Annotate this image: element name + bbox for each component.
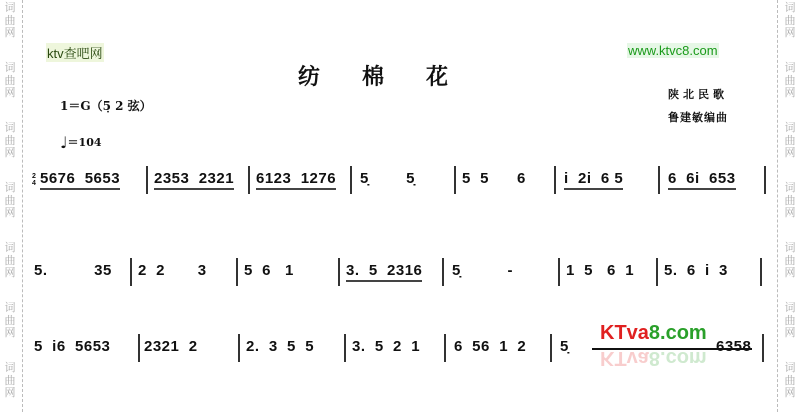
measure-notes: 5. 35 — [34, 262, 112, 280]
watermark-char: 网 — [1, 207, 19, 220]
watermark-char: 网 — [781, 27, 799, 40]
watermark-char: 词 — [781, 302, 799, 315]
watermark-char: 网 — [781, 207, 799, 220]
watermark-group: 词 曲 网 — [781, 62, 799, 100]
song-title: 纺棉花 — [298, 60, 490, 91]
barline — [338, 258, 340, 286]
logo-red-text: KTva — [600, 322, 649, 344]
measure-notes: 6 56 1 2 — [454, 338, 526, 356]
measure-notes: 2 2 3 — [138, 262, 207, 280]
watermark-char: 网 — [1, 27, 19, 40]
measure: 5̣ — [560, 338, 569, 362]
barline — [442, 258, 444, 286]
measure: 6358 — [716, 338, 751, 362]
strike-line — [592, 348, 752, 350]
watermark-group: 词 曲 网 — [1, 302, 19, 340]
measure: 2353 2321 — [154, 170, 234, 194]
barline — [454, 166, 456, 194]
measure: 5 6 1 — [244, 262, 294, 286]
measure-notes: 5̣ - — [452, 262, 513, 280]
barline — [236, 258, 238, 286]
watermark-char: 网 — [1, 327, 19, 340]
barline — [248, 166, 250, 194]
watermark-char: 词 — [781, 2, 799, 15]
key-signature: 1＝G（5̣ 2 弦） — [60, 97, 152, 114]
logo-green-text: 8.com — [649, 322, 707, 344]
measure-notes: 2321 2 — [144, 338, 198, 356]
measure-notes: 6358 — [716, 338, 751, 356]
score-line-1: 2 4 5676 5653 2353 2321 6123 1276 5̣ 5̣ … — [30, 158, 770, 198]
watermark-char: 网 — [781, 147, 799, 160]
measure: 5. 6 i 3 — [664, 262, 728, 286]
measure-notes: 3. 5 2316 — [346, 262, 422, 282]
song-arranger: 鲁建敏编曲 — [668, 109, 728, 125]
watermark-group: 词 曲 网 — [1, 2, 19, 40]
watermark-group: 词 曲 网 — [1, 362, 19, 400]
barline — [238, 334, 240, 362]
watermark-char: 网 — [781, 387, 799, 400]
logo-green-text: 8.com — [649, 347, 707, 369]
watermark-char: 网 — [1, 87, 19, 100]
barline — [350, 166, 352, 194]
barline — [762, 334, 764, 362]
measure: 2 2 3 — [138, 262, 207, 286]
measure: 5̣ 5̣ — [360, 170, 415, 194]
watermark-char: 网 — [1, 267, 19, 280]
measure: 5 5 6 — [462, 170, 526, 194]
watermark-char: 词 — [781, 62, 799, 75]
watermark-group: 词 曲 网 — [781, 182, 799, 220]
watermark-char: 词 — [781, 122, 799, 135]
measure-notes: 2353 2321 — [154, 170, 234, 190]
watermark-group: 词 曲 网 — [781, 122, 799, 160]
measure-notes: 3. 5 2 1 — [352, 338, 420, 356]
barline — [344, 334, 346, 362]
watermark-char: 词 — [1, 362, 19, 375]
measure-notes: 2. 3 5 5 — [246, 338, 314, 356]
barline — [554, 166, 556, 194]
time-signature-bottom: 4 — [30, 180, 38, 187]
measure-notes: 5 5 6 — [462, 170, 526, 188]
measure: 5. 35 — [34, 262, 112, 286]
measure: 5̣ - — [452, 262, 513, 286]
time-signature: 2 4 — [30, 173, 38, 187]
measure: 6 56 1 2 — [454, 338, 526, 362]
measure: 5 i6 5653 — [34, 338, 110, 362]
tempo-value: ＝104 — [68, 136, 102, 149]
measure-notes: 1 5 6 1 — [566, 262, 634, 280]
site-watermark-left: ktv查吧网 — [46, 43, 104, 62]
watermark-group: 词 曲 网 — [781, 302, 799, 340]
barline — [550, 334, 552, 362]
watermark-group: 词 曲 网 — [781, 2, 799, 40]
barline — [130, 258, 132, 286]
site-watermark-right: www.ktvc8.com — [627, 43, 719, 58]
ktv-logo-watermark: KTva8.com — [600, 322, 707, 345]
barline — [760, 258, 762, 286]
watermark-char: 词 — [781, 242, 799, 255]
measure-notes: 6123 1276 — [256, 170, 336, 190]
barline — [658, 166, 660, 194]
measure: 3. 5 2 1 — [352, 338, 420, 362]
watermark-group: 词 曲 网 — [1, 62, 19, 100]
watermark-char: 词 — [1, 182, 19, 195]
quarter-note-icon: ♩ — [60, 133, 68, 152]
measure-notes: 5̣ — [560, 338, 569, 356]
measure: 6123 1276 — [256, 170, 336, 194]
barline — [764, 166, 766, 194]
watermark-char: 词 — [781, 362, 799, 375]
watermark-char: 网 — [781, 87, 799, 100]
measure-notes: i 2i 6 5 — [564, 170, 623, 190]
measure-notes: 5̣ 5̣ — [360, 170, 415, 188]
watermark-char: 词 — [1, 242, 19, 255]
measure: 3. 5 2316 — [346, 262, 422, 286]
watermark-char: 词 — [781, 182, 799, 195]
barline — [656, 258, 658, 286]
barline — [138, 334, 140, 362]
watermark-char: 网 — [1, 387, 19, 400]
song-origin: 陕北民歌 — [668, 86, 728, 102]
measure-notes: 5676 5653 — [40, 170, 120, 190]
measure: 2. 3 5 5 — [246, 338, 314, 362]
barline — [146, 166, 148, 194]
watermark-char: 词 — [1, 2, 19, 15]
barline — [444, 334, 446, 362]
measure-notes: 5. 6 i 3 — [664, 262, 728, 280]
watermark-char: 词 — [1, 302, 19, 315]
time-signature-top: 2 — [30, 173, 38, 180]
watermark-group: 词 曲 网 — [1, 122, 19, 160]
left-watermark-strip: 词 曲 网 词 曲 网 词 曲 网 词 曲 网 词 曲 网 词 曲 网 词 曲 … — [0, 0, 23, 412]
watermark-char: 网 — [1, 147, 19, 160]
watermark-group: 词 曲 网 — [1, 182, 19, 220]
measure-notes: 6 6i 653 — [668, 170, 736, 190]
measure: 5676 5653 — [40, 170, 120, 194]
watermark-char: 网 — [781, 327, 799, 340]
score-line-2: 5. 35 2 2 3 5 6 1 3. 5 2316 5̣ - 1 5 6 1… — [30, 250, 770, 290]
watermark-group: 词 曲 网 — [781, 242, 799, 280]
watermark-group: 词 曲 网 — [1, 242, 19, 280]
watermark-group: 词 曲 网 — [781, 362, 799, 400]
measure-notes: 5 i6 5653 — [34, 338, 110, 356]
measure: i 2i 6 5 — [564, 170, 623, 194]
measure: 1 5 6 1 — [566, 262, 634, 286]
logo-red-text: KTva — [600, 347, 649, 369]
tempo-marking: ♩＝104 — [60, 133, 102, 152]
watermark-char: 词 — [1, 122, 19, 135]
measure: 6 6i 653 — [668, 170, 736, 194]
watermark-char: 词 — [1, 62, 19, 75]
measure-notes: 5 6 1 — [244, 262, 294, 280]
measure: 2321 2 — [144, 338, 198, 362]
right-watermark-strip: 词 曲 网 词 曲 网 词 曲 网 词 曲 网 词 曲 网 词 曲 网 词 曲 … — [777, 0, 800, 412]
watermark-char: 网 — [781, 267, 799, 280]
barline — [558, 258, 560, 286]
